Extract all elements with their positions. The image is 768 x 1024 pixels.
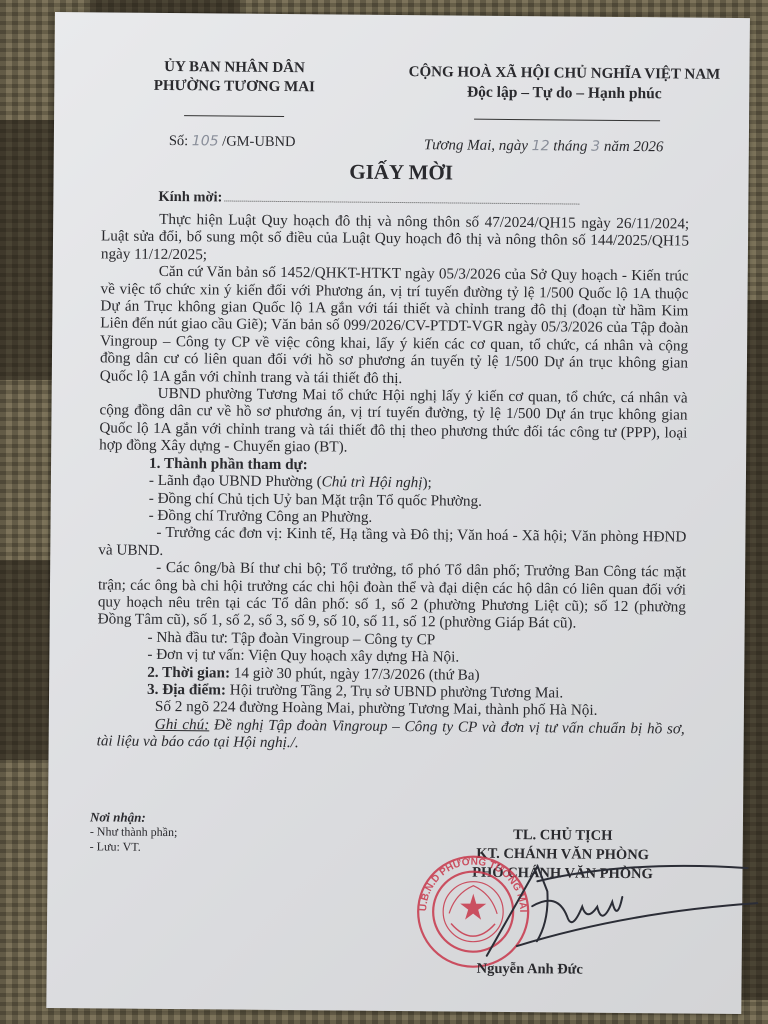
attendee-item: - Trưởng các đơn vị: Kinh tế, Hạ tầng và… [98,524,686,564]
handwritten-number: 105 [192,133,219,149]
recipients-title: Nơi nhận: [90,809,178,825]
divider [184,115,284,117]
blank-line [224,200,579,204]
greeting: Kính mời: [158,189,579,210]
background-pattern [0,120,55,380]
divider [474,119,660,122]
document-body: Thực hiện Luật Quy hoạch đô thị và nông … [97,210,690,755]
background-pattern [0,560,55,760]
signer-name: Nguyễn Anh Đức [477,961,583,979]
recipients: Nơi nhận: - Như thành phần; - Lưu: VT. [90,809,178,855]
paragraph: Căn cứ Văn bản số 1452/QHKT-HTKT ngày 05… [100,263,689,390]
recipient-item: - Như thành phần; [90,824,178,840]
national-motto: Độc lập – Tự do – Hạnh phúc [394,82,734,104]
handwritten-day: 12 [532,138,550,154]
handwritten-signature [477,861,768,964]
national-header: CỘNG HOÀ XÃ HỘI CHỦ NGHĨA VIỆT NAM Độc l… [394,63,734,104]
country-name: CỘNG HOÀ XÃ HỘI CHỦ NGHĨA VIỆT NAM [394,63,734,85]
authority-line: PHƯỜNG TƯƠNG MAI [124,77,344,98]
attendee-item: - Các ông/bà Bí thư chi bộ; Tổ trưởng, t… [98,559,687,634]
paragraph: Thực hiện Luật Quy hoạch đô thị và nông … [101,210,689,267]
document-title: GIẤY MỜI [54,157,749,188]
authority-line: ỦY BAN NHÂN DÂN [124,58,344,79]
document-number: Số: 105 /GM-UBND [169,133,296,151]
note: Ghi chú: Đề nghị Tập đoàn Vingroup – Côn… [97,715,685,755]
signature-title: TL. CHỦ TỊCH [428,825,698,846]
paragraph: UBND phường Tương Mai tổ chức Hội nghị l… [99,384,688,459]
issuing-authority: ỦY BAN NHÂN DÂN PHƯỜNG TƯƠNG MAI [124,58,344,98]
document-date: Tương Mai, ngày 12 tháng 3 năm 2026 [424,137,664,156]
document-page: ỦY BAN NHÂN DÂN PHƯỜNG TƯƠNG MAI CỘNG HO… [46,12,750,1014]
recipient-item: - Lưu: VT. [90,839,178,855]
